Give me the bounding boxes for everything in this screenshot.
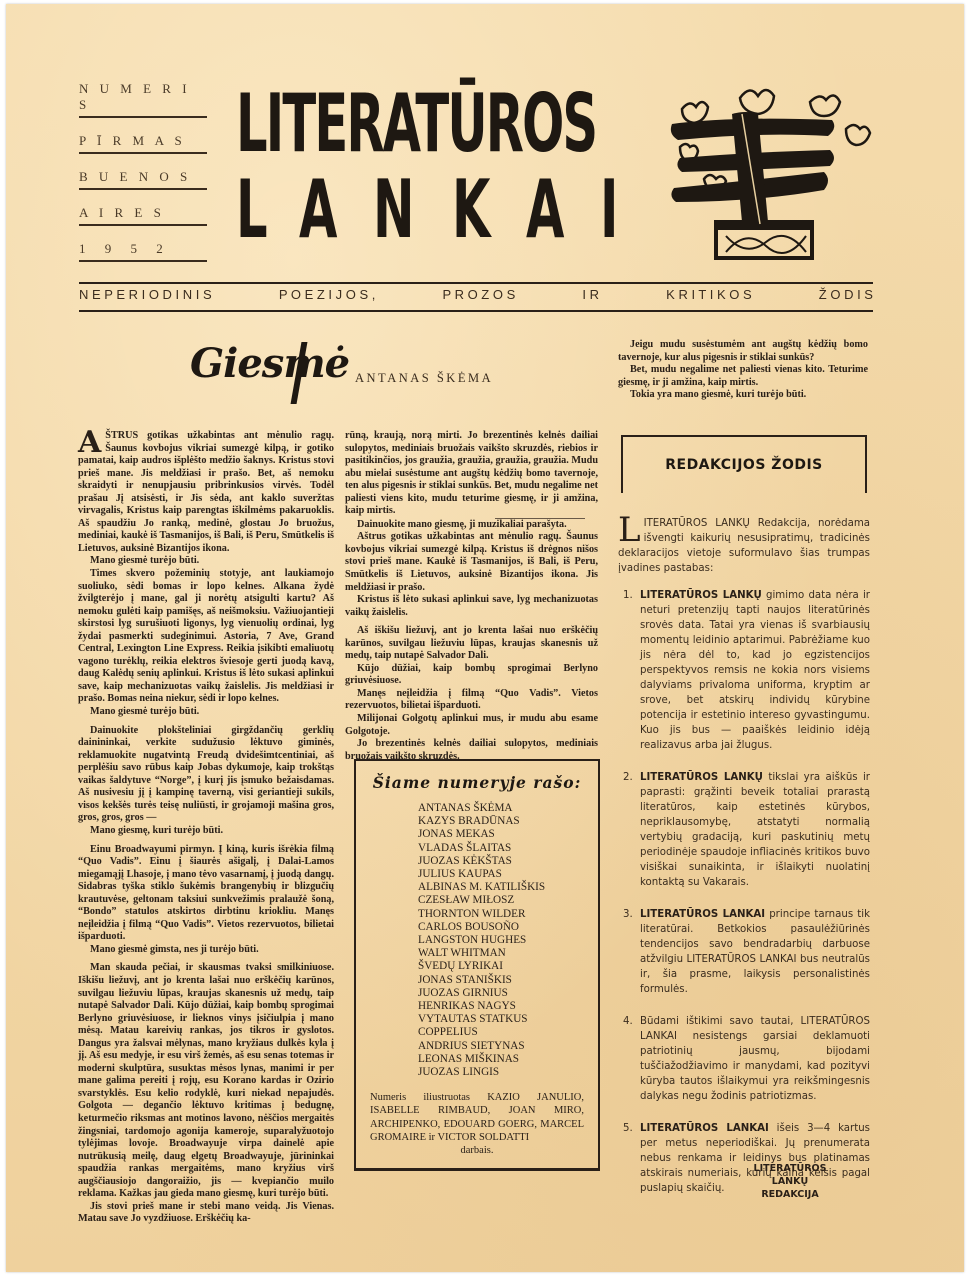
editorial-point: 2.LITERATŪROS LANKŲ tikslai yra aiškūs i… — [618, 770, 870, 890]
issue-info: N U M E R I S P Ī R M A S B U E N O S A … — [79, 82, 207, 262]
paragraph: ŠTRUS gotikas užkabintas ant mėnulio rag… — [78, 430, 334, 554]
contributor-name: THORNTON WILDER — [418, 908, 598, 921]
paragraph: Aštrus gotikas užkabintas ant mėnulio ra… — [345, 531, 598, 594]
issue-label-buenos: B U E N O S — [79, 169, 191, 185]
contributor-name: JUOZAS KĖKŠTAS — [418, 855, 598, 868]
contributors-list: ANTANAS ŠKĖMAKAZYS BRADŪNASJONAS MEKASVL… — [418, 802, 598, 1079]
contributor-name: LANGSTON HUGHES — [418, 934, 598, 947]
contributor-name: VLADAS ŠLAITAS — [418, 842, 598, 855]
contributor-name: COPPELIUS — [418, 1026, 598, 1039]
paragraph: Einu Broadwayumi pirmyn. Į kiną, kuris i… — [78, 844, 334, 944]
contributor-name: JULIUS KAUPAS — [418, 868, 598, 881]
issue-info-row: B U E N O S — [79, 154, 207, 190]
point-number: 3. — [623, 907, 633, 922]
contributor-name: CARLOS BOUSOÑO — [418, 921, 598, 934]
paragraph: Jeigu mudu susėstumėm ant augštų kėdžių … — [618, 339, 868, 364]
point-text: tikslai yra aiškūs ir paprasti: grąžinti… — [640, 772, 870, 888]
article-title: Giesmė — [190, 340, 349, 387]
subtitle-bottom-rule — [79, 310, 873, 312]
contributor-name: ANTANAS ŠKĖMA — [418, 802, 598, 815]
paragraph: Dainuokite plokšteliniai girgždančių ger… — [78, 725, 334, 825]
title-letter: A — [526, 170, 564, 250]
illustrators-note: Numeris iliustruotas KAZIO JANULIO, ISAB… — [370, 1091, 584, 1157]
title-letter: L — [236, 170, 268, 250]
contributor-name: LEONAS MIŠKINAS — [418, 1053, 598, 1066]
contributors-heading: Šiame numeryje rašo: — [356, 773, 598, 792]
point-text: principe tarnaus tik literatūrai. Betkok… — [640, 909, 870, 995]
subtitle-word: K R I T I K O S — [666, 287, 752, 302]
point-text: Būdami ištikimi savo tautai, LITERATŪROS… — [640, 1016, 870, 1102]
issue-info-row: 1 9 5 2 — [79, 226, 207, 262]
paragraph: Milijonai Golgotų aplinkui mus, ir mudu … — [345, 713, 598, 738]
editorial-body: LITERATŪROS LANKŲ Redakcija, norėdama iš… — [618, 516, 870, 1213]
flowering-tree-woodcut-icon — [660, 84, 880, 270]
title-letter: N — [373, 170, 415, 250]
contributor-name: CZESŁAW MIŁOSZ — [418, 894, 598, 907]
refrain: Mano giesmė gimsta, nes ji turėjo būti. — [78, 944, 334, 957]
title-letter: A — [299, 170, 337, 250]
paragraph: Dainuokite mano giesmę, ji muzikaliai pa… — [345, 519, 598, 532]
point-lead: LITERATŪROS LANKAI — [640, 1123, 769, 1134]
paragraph: Jis stovi prieš mane ir stebi mano veidą… — [78, 1201, 334, 1226]
point-lead: LITERATŪROS LANKŲ — [640, 590, 762, 601]
point-number: 1. — [623, 588, 633, 603]
paragraph: Kūjo dūžiai, kaip bombų sprogimai Berlyn… — [345, 663, 598, 688]
editorial-point: 4.Būdami ištikimi savo tautai, LITERATŪR… — [618, 1014, 870, 1104]
signature-line: REDAKCIJA — [735, 1188, 845, 1201]
drop-cap: A — [78, 431, 101, 455]
issue-info-row: N U M E R I S — [79, 82, 207, 118]
title-letter: K — [452, 170, 490, 250]
illustrators-tail: darbais. — [370, 1144, 584, 1157]
paragraph: Times skvero požeminių stotyje, ant lauk… — [78, 568, 334, 706]
subtitle-word: Ž O D I S — [819, 287, 873, 302]
contributor-name: JUOZAS GIRNIUS — [418, 987, 598, 1000]
subtitle-word: N E P E R I O D I N I S — [79, 287, 212, 302]
paragraph: Aš iškišu liežuvį, ant jo krenta lašai n… — [345, 625, 598, 663]
refrain: Mano giesmė turėjo būti. — [78, 706, 334, 719]
paragraph: Tokia yra mano giesmė, kuri turėjo būti. — [618, 389, 868, 402]
article-column-1: AŠTRUS gotikas užkabintas ant mėnulio ra… — [78, 430, 334, 1226]
article-author: ANTANAS ŠKĖMA — [355, 371, 493, 386]
contributor-name: ŠVEDŲ LYRIKAI — [418, 960, 598, 973]
contributor-name: KAZYS BRADŪNAS — [418, 815, 598, 828]
editorial-intro: LITERATŪROS LANKŲ Redakcija, norėdama iš… — [618, 516, 870, 576]
title-letter: I — [600, 170, 618, 250]
point-lead: LITERATŪROS LANKAI — [640, 909, 765, 920]
paragraph: Bet, mudu negalime net paliesti vienas k… — [618, 364, 868, 389]
paragraph: Manęs neįleidžia į filmą “Quo Vadis”. Vi… — [345, 688, 598, 713]
paragraph: Kristus iš lėto sukasi aplinkui save, ly… — [345, 594, 598, 619]
contributor-name: WALT WHITMAN — [418, 947, 598, 960]
article-column-2: rūną, kraują, norą mirti. Jo brezentinės… — [345, 430, 598, 763]
point-lead: LITERATŪROS LANKŲ — [640, 772, 763, 783]
point-number: 2. — [623, 770, 633, 785]
editorial-heading-box: REDAKCIJOS ŽODIS — [621, 435, 867, 493]
editorial-point: 1.LITERATŪROS LANKŲ gimimo data nėra ir … — [618, 588, 870, 753]
issue-label-numeris: N U M E R I S — [79, 81, 207, 113]
masthead-title-line2: L A N K A I — [236, 170, 630, 250]
editorial-point: 3.LITERATŪROS LANKAI principe tarnaus ti… — [618, 907, 870, 997]
masthead-title-line1: LITERATŪROS — [236, 84, 633, 164]
refrain: Mano giesmė turėjo būti. — [78, 555, 334, 568]
contributor-name: JONAS STANIŠKIS — [418, 974, 598, 987]
contributor-name: ANDRIUS SIETYNAS — [418, 1040, 598, 1053]
editorial-points: 1.LITERATŪROS LANKŲ gimimo data nėra ir … — [618, 588, 870, 1196]
editorial-heading: REDAKCIJOS ŽODIS — [665, 457, 823, 473]
refrain: Mano giesmę, kuri turėjo būti. — [78, 825, 334, 838]
subtitle-word: I R — [582, 287, 599, 302]
signature-line: LITERATŪROS LANKŲ — [735, 1162, 845, 1188]
article-column-3: Jeigu mudu susėstumėm ant augštų kėdžių … — [618, 339, 868, 402]
paragraph: Man skauda pečiai, ir skausmas tvaksi sm… — [78, 962, 334, 1200]
contributor-name: VYTAUTAS STATKUS — [418, 1013, 598, 1026]
issue-label-year: 1 9 5 2 — [79, 241, 171, 257]
contributors-box: Šiame numeryje rašo: ANTANAS ŠKĖMAKAZYS … — [354, 759, 600, 1171]
subtitle-word: P R O Z O S — [443, 287, 516, 302]
subtitle-band: N E P E R I O D I N I S P O E Z I J O S … — [79, 287, 873, 302]
contributor-name: JUOZAS LINGIS — [418, 1066, 598, 1079]
contributor-name: HENRIKAS NAGYS — [418, 1000, 598, 1013]
point-number: 4. — [623, 1014, 633, 1029]
point-number: 5. — [623, 1121, 633, 1136]
subtitle-word: P O E Z I J O S , — [279, 287, 376, 302]
drop-cap: L — [618, 516, 641, 544]
contributor-name: JONAS MEKAS — [418, 828, 598, 841]
newspaper-page: N U M E R I S P Ī R M A S B U E N O S A … — [6, 4, 964, 1272]
issue-label-pirmas: P Ī R M A S — [79, 133, 186, 149]
contributor-name: ALBINAS M. KATILIŠKIS — [418, 881, 598, 894]
illustrators-text: Numeris iliustruotas KAZIO JANULIO, ISAB… — [370, 1092, 584, 1143]
issue-info-row: A I R E S — [79, 190, 207, 226]
issue-label-aires: A I R E S — [79, 205, 165, 221]
issue-info-row: P Ī R M A S — [79, 118, 207, 154]
subtitle-top-rule — [79, 282, 873, 284]
editorial-intro-text: ITERATŪROS LANKŲ Redakcija, norėdama išv… — [618, 518, 870, 574]
paragraph: rūną, kraują, norą mirti. Jo brezentinės… — [345, 430, 598, 518]
editorial-signature: LITERATŪROS LANKŲ REDAKCIJA — [735, 1162, 845, 1201]
point-text: gimimo data nėra ir neturi pretenzijų ta… — [640, 590, 870, 751]
